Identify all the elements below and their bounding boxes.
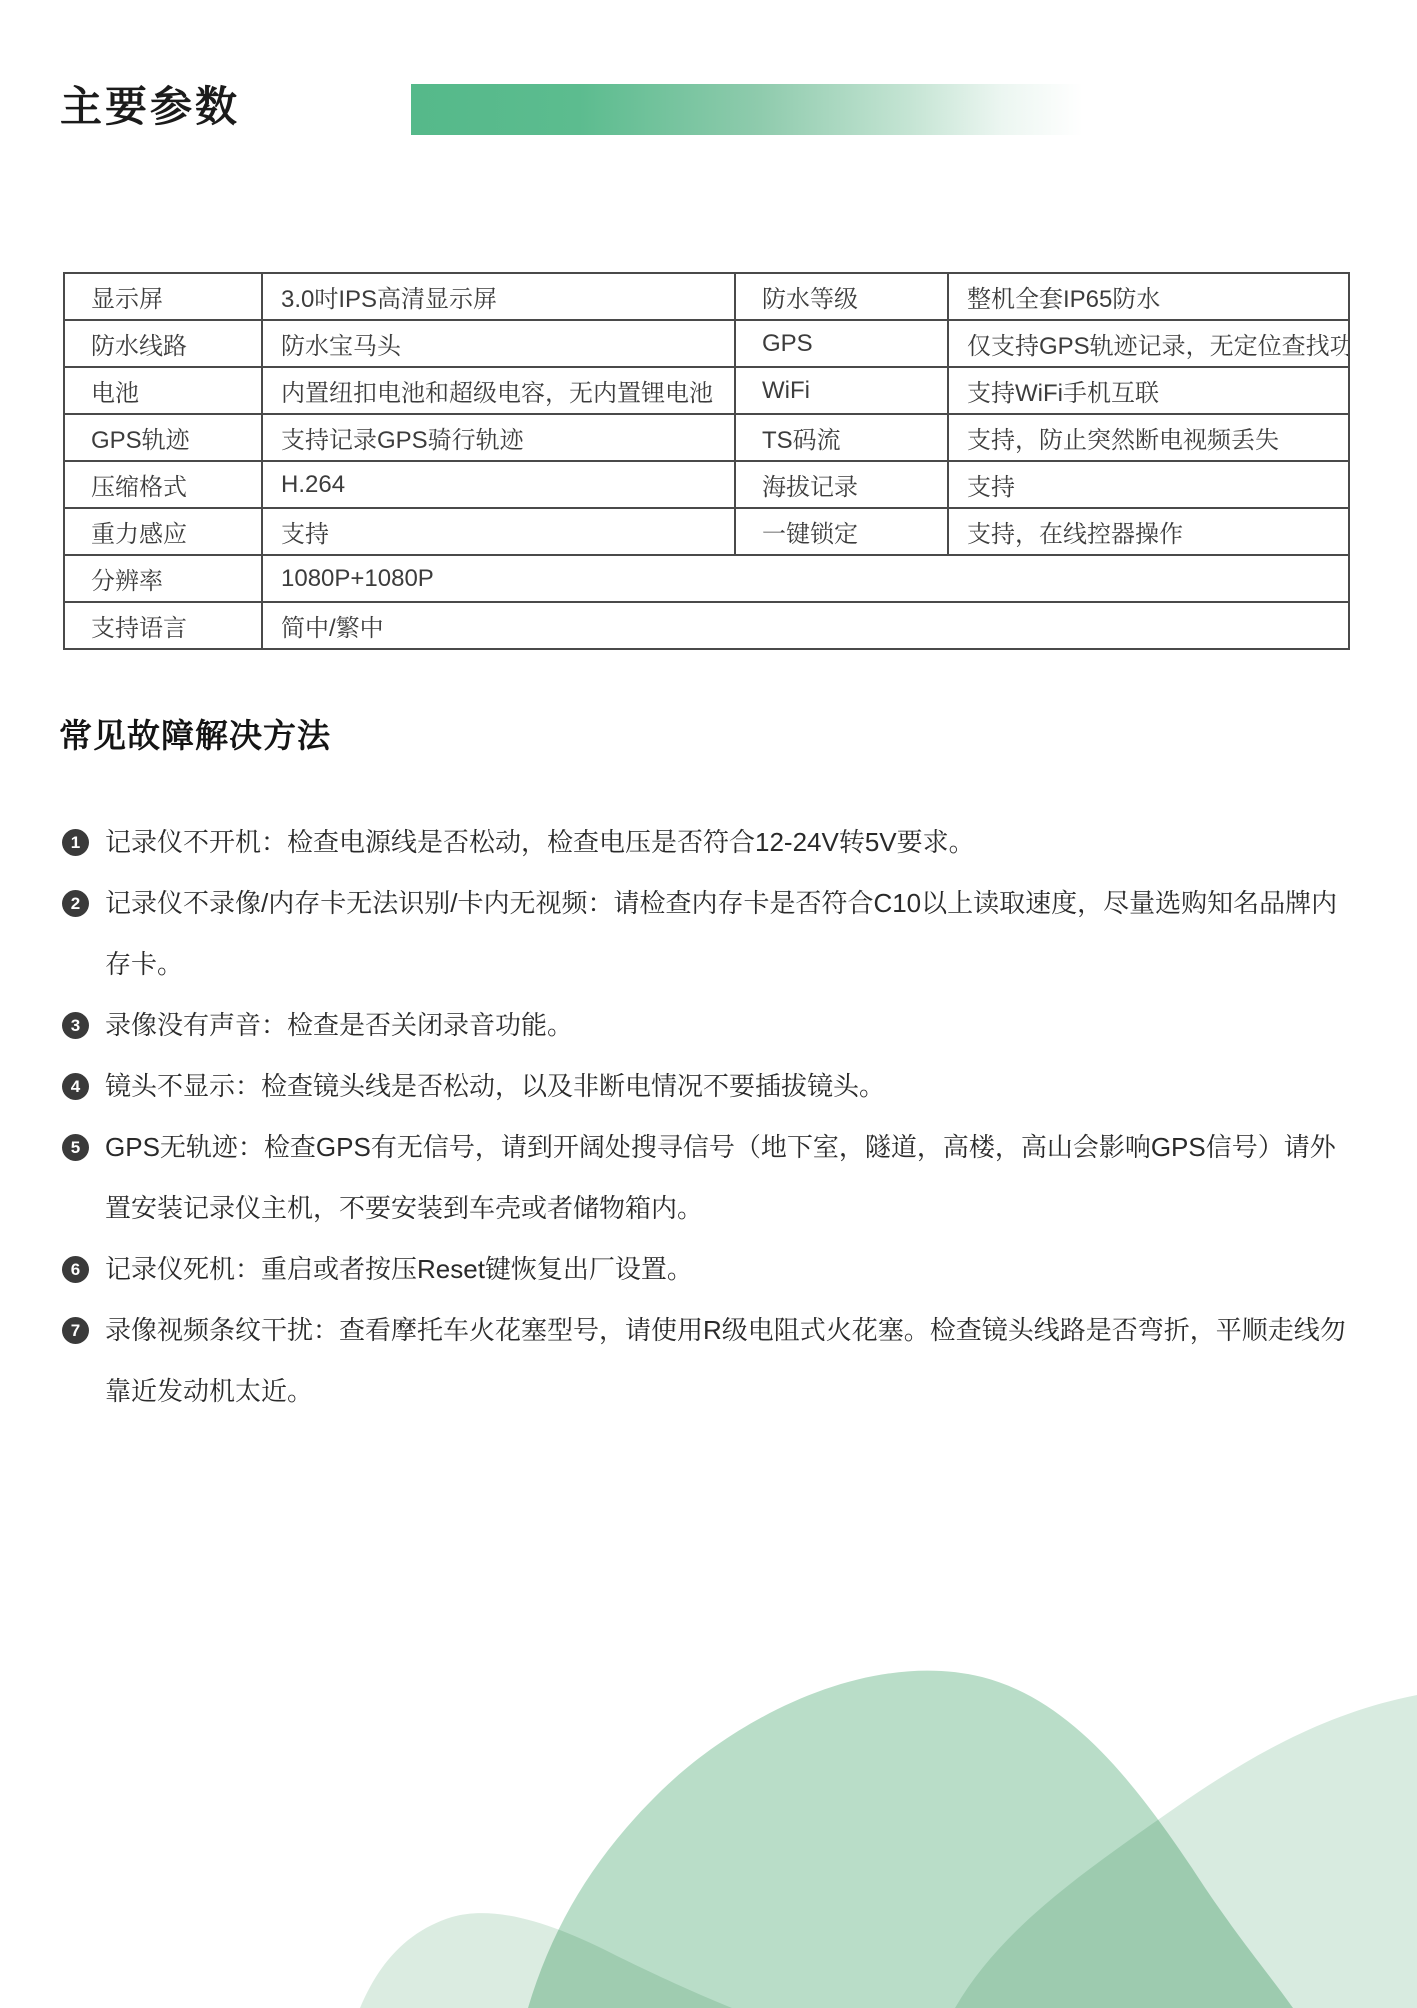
item-text: 镜头不显示：检查镜头线是否松动，以及非断电情况不要插拔镜头。 (105, 1056, 1355, 1117)
title-accent-bar (411, 84, 1083, 135)
item-number-badge: 2 (62, 890, 89, 917)
item-number-badge: 5 (62, 1134, 89, 1161)
item-number-badge: 3 (62, 1012, 89, 1039)
spec-value: 1080P+1080P (262, 555, 1349, 602)
spec-label: 电池 (64, 367, 262, 414)
table-row: 压缩格式 H.264 海拔记录 支持 (64, 461, 1349, 508)
list-item: 6 记录仪死机：重启或者按压Reset键恢复出厂设置。 (62, 1239, 1362, 1300)
spec-label: GPS (735, 320, 948, 367)
item-number-badge: 4 (62, 1073, 89, 1100)
spec-value: 支持 (262, 508, 735, 555)
spec-value: H.264 (262, 461, 735, 508)
faq-list: 1 记录仪不开机：检查电源线是否松动，检查电压是否符合12-24V转5V要求。 … (62, 812, 1362, 1422)
spec-value: 3.0吋IPS高清显示屏 (262, 273, 735, 320)
spec-value: 支持记录GPS骑行轨迹 (262, 414, 735, 461)
item-number-badge: 6 (62, 1256, 89, 1283)
spec-value: 支持WiFi手机互联 (948, 367, 1349, 414)
item-text: 记录仪不开机：检查电源线是否松动，检查电压是否符合12-24V转5V要求。 (105, 812, 1355, 873)
spec-table: 显示屏 3.0吋IPS高清显示屏 防水等级 整机全套IP65防水 防水线路 防水… (63, 272, 1350, 650)
spec-value: 支持，在线控器操作 (948, 508, 1349, 555)
item-text: 录像没有声音：检查是否关闭录音功能。 (105, 995, 1355, 1056)
spec-value: 简中/繁中 (262, 602, 1349, 649)
table-row: 电池 内置纽扣电池和超级电容，无内置锂电池 WiFi 支持WiFi手机互联 (64, 367, 1349, 414)
bottom-wave-decoration (0, 1600, 1417, 2008)
section-title-troubleshooting: 常见故障解决方法 (59, 710, 331, 757)
item-text: GPS无轨迹：检查GPS有无信号，请到开阔处搜寻信号（地下室，隧道，高楼，高山会… (105, 1117, 1355, 1239)
item-text: 录像视频条纹干扰：查看摩托车火花塞型号，请使用R级电阻式火花塞。检查镜头线路是否… (105, 1300, 1355, 1422)
table-row: 显示屏 3.0吋IPS高清显示屏 防水等级 整机全套IP65防水 (64, 273, 1349, 320)
table-row: 防水线路 防水宝马头 GPS 仅支持GPS轨迹记录，无定位查找功能 (64, 320, 1349, 367)
spec-label: TS码流 (735, 414, 948, 461)
manual-page: 主要参数 显示屏 3.0吋IPS高清显示屏 防水等级 整机全套IP65防水 防水… (0, 0, 1417, 2008)
table-row: GPS轨迹 支持记录GPS骑行轨迹 TS码流 支持，防止突然断电视频丢失 (64, 414, 1349, 461)
spec-label: 一键锁定 (735, 508, 948, 555)
spec-label: 显示屏 (64, 273, 262, 320)
list-item: 1 记录仪不开机：检查电源线是否松动，检查电压是否符合12-24V转5V要求。 (62, 812, 1362, 873)
table-row: 支持语言 简中/繁中 (64, 602, 1349, 649)
item-text: 记录仪不录像/内存卡无法识别/卡内无视频：请检查内存卡是否符合C10以上读取速度… (105, 873, 1355, 995)
spec-label: 支持语言 (64, 602, 262, 649)
spec-value: 支持，防止突然断电视频丢失 (948, 414, 1349, 461)
table-row: 重力感应 支持 一键锁定 支持，在线控器操作 (64, 508, 1349, 555)
item-number-badge: 7 (62, 1317, 89, 1344)
spec-value: 支持 (948, 461, 1349, 508)
list-item: 3 录像没有声音：检查是否关闭录音功能。 (62, 995, 1362, 1056)
table-row: 分辨率 1080P+1080P (64, 555, 1349, 602)
spec-value: 防水宝马头 (262, 320, 735, 367)
list-item: 4 镜头不显示：检查镜头线是否松动，以及非断电情况不要插拔镜头。 (62, 1056, 1362, 1117)
spec-label: 重力感应 (64, 508, 262, 555)
spec-value: 内置纽扣电池和超级电容，无内置锂电池 (262, 367, 735, 414)
spec-label: 压缩格式 (64, 461, 262, 508)
spec-label: 海拔记录 (735, 461, 948, 508)
spec-label: GPS轨迹 (64, 414, 262, 461)
spec-value: 整机全套IP65防水 (948, 273, 1349, 320)
list-item: 5 GPS无轨迹：检查GPS有无信号，请到开阔处搜寻信号（地下室，隧道，高楼，高… (62, 1117, 1362, 1239)
item-text: 记录仪死机：重启或者按压Reset键恢复出厂设置。 (105, 1239, 1355, 1300)
spec-label: 分辨率 (64, 555, 262, 602)
spec-label: 防水线路 (64, 320, 262, 367)
spec-label: WiFi (735, 367, 948, 414)
page-title: 主要参数 (60, 84, 240, 130)
spec-label: 防水等级 (735, 273, 948, 320)
item-number-badge: 1 (62, 829, 89, 856)
spec-value: 仅支持GPS轨迹记录，无定位查找功能 (948, 320, 1349, 367)
list-item: 7 录像视频条纹干扰：查看摩托车火花塞型号，请使用R级电阻式火花塞。检查镜头线路… (62, 1300, 1362, 1422)
list-item: 2 记录仪不录像/内存卡无法识别/卡内无视频：请检查内存卡是否符合C10以上读取… (62, 873, 1362, 995)
